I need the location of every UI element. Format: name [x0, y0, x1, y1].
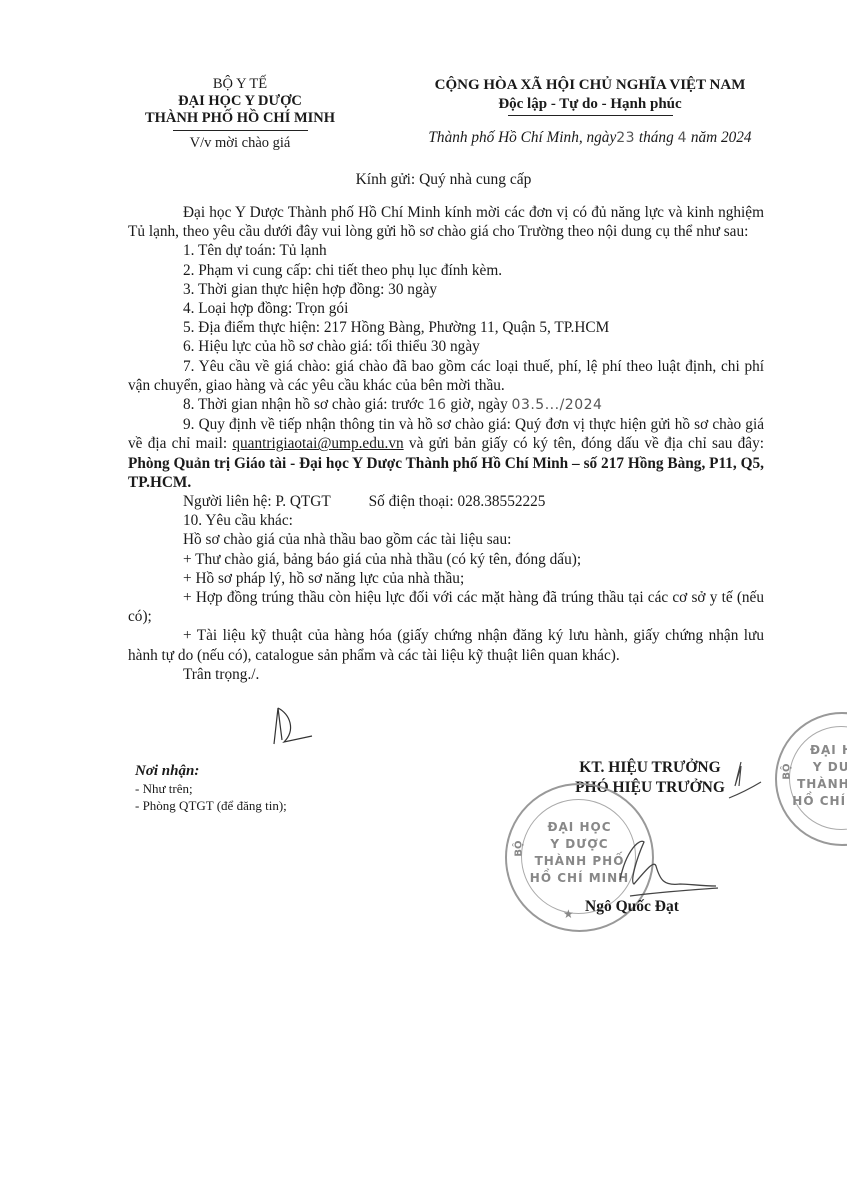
- contact-person: Người liên hệ: P. QTGT: [183, 493, 331, 510]
- ministry-name: BỘ Y TẾ: [120, 76, 360, 93]
- initial-scribble: [260, 700, 320, 750]
- list-item: 3. Thời gian thực hiện hợp đồng: 30 ngày: [128, 280, 764, 299]
- contact-phone: Số điện thoại: 028.38552225: [369, 493, 546, 510]
- handwritten-month: 4: [678, 130, 687, 146]
- letter-body: Đại học Y Dược Thành phố Hồ Chí Minh kín…: [128, 203, 764, 684]
- handwritten-day: 23: [616, 130, 635, 146]
- contact-line: Người liên hệ: P. QTGTSố điện thoại: 028…: [128, 492, 764, 511]
- stamp-line: HỒ CHÍ MINH: [777, 793, 847, 810]
- stamp-line: Y DƯỢC: [777, 759, 847, 776]
- list-item: 2. Phạm vi cung cấp: chi tiết theo phụ l…: [128, 261, 764, 280]
- stamp-line: ĐẠI HỌC: [777, 742, 847, 759]
- list-item: 6. Hiệu lực của hồ sơ chào giá: tối thiể…: [128, 337, 764, 356]
- list-item: 1. Tên dự toán: Tủ lạnh: [128, 241, 764, 260]
- item-7: 7. Yêu cầu về giá chào: giá chào đã bao …: [128, 357, 764, 395]
- document-item: + Hồ sơ pháp lý, hồ sơ năng lực của nhà …: [128, 569, 764, 588]
- issuer-block: BỘ Y TẾ ĐẠI HỌC Y DƯỢC THÀNH PHỐ HỒ CHÍ …: [120, 76, 360, 152]
- document-item: + Thư chào giá, bảng báo giá của nhà thầ…: [128, 550, 764, 569]
- org-name-line1: ĐẠI HỌC Y DƯỢC: [120, 93, 360, 110]
- signer-name: Ngô Quốc Đạt: [585, 898, 679, 916]
- salutation: Kính gửi: Quý nhà cung cấp: [0, 171, 847, 189]
- recipient-item: - Như trên;: [135, 780, 287, 797]
- subject-line: V/v mời chào giá: [120, 135, 360, 152]
- document-item: + Hợp đồng trúng thầu còn hiệu lực đối v…: [128, 588, 764, 626]
- intro-paragraph: Đại học Y Dược Thành phố Hồ Chí Minh kín…: [128, 203, 764, 241]
- initial-mark: [725, 758, 765, 803]
- list-item: 5. Địa điểm thực hiện: 217 Hồng Bàng, Ph…: [128, 318, 764, 337]
- recipients-list: - Như trên;- Phòng QTGT (để đăng tin);: [135, 780, 287, 814]
- submission-address: Phòng Quản trị Giáo tài - Đại học Y Dược…: [128, 455, 764, 491]
- motto-underline: [508, 115, 673, 116]
- org-name-line2: THÀNH PHỐ HỒ CHÍ MINH: [120, 110, 360, 127]
- recipients-title: Nơi nhận:: [135, 763, 287, 780]
- item-10-title: 10. Yêu cầu khác:: [128, 511, 764, 530]
- stamp-line: THÀNH PHỐ: [777, 776, 847, 793]
- star-icon: ★: [563, 907, 574, 921]
- document-item: + Tài liệu kỹ thuật của hàng hóa (giấy c…: [128, 626, 764, 664]
- partial-stamp-text: ĐẠI HỌCY DƯỢCTHÀNH PHỐHỒ CHÍ MINH: [777, 742, 847, 810]
- national-header: CỘNG HÒA XÃ HỘI CHỦ NGHĨA VIỆT NAM Độc l…: [400, 76, 780, 148]
- email-link[interactable]: quantrigiaotai@ump.edu.vn: [232, 435, 403, 452]
- nation-name: CỘNG HÒA XÃ HỘI CHỦ NGHĨA VIỆT NAM: [400, 76, 780, 95]
- handwritten-deadline-date: 03.5.../2024: [512, 397, 603, 413]
- recipients-block: Nơi nhận: - Như trên;- Phòng QTGT (để đă…: [135, 763, 287, 814]
- requirements-list: 1. Tên dự toán: Tủ lạnh2. Phạm vi cung c…: [128, 241, 764, 356]
- handwritten-signature: [600, 830, 720, 900]
- closing: Trân trọng./.: [128, 665, 764, 684]
- partial-stamp: BỘ ĐẠI HỌCY DƯỢCTHÀNH PHỐHỒ CHÍ MINH: [775, 712, 847, 846]
- item-8: 8. Thời gian nhận hồ sơ chào giá: trước …: [128, 395, 764, 415]
- handwritten-hour: 16: [428, 397, 447, 413]
- recipient-item: - Phòng QTGT (để đăng tin);: [135, 797, 287, 814]
- document-date: Thành phố Hồ Chí Minh, ngày23 tháng 4 nă…: [400, 128, 780, 148]
- item-9: 9. Quy định về tiếp nhận thông tin và hồ…: [128, 415, 764, 492]
- header-divider: [173, 130, 308, 131]
- national-motto: Độc lập - Tự do - Hạnh phúc: [400, 95, 780, 114]
- list-item: 4. Loại hợp đồng: Trọn gói: [128, 299, 764, 318]
- required-documents-list: + Thư chào giá, bảng báo giá của nhà thầ…: [128, 550, 764, 665]
- item-10-lead: Hồ sơ chào giá của nhà thầu bao gồm các …: [128, 530, 764, 549]
